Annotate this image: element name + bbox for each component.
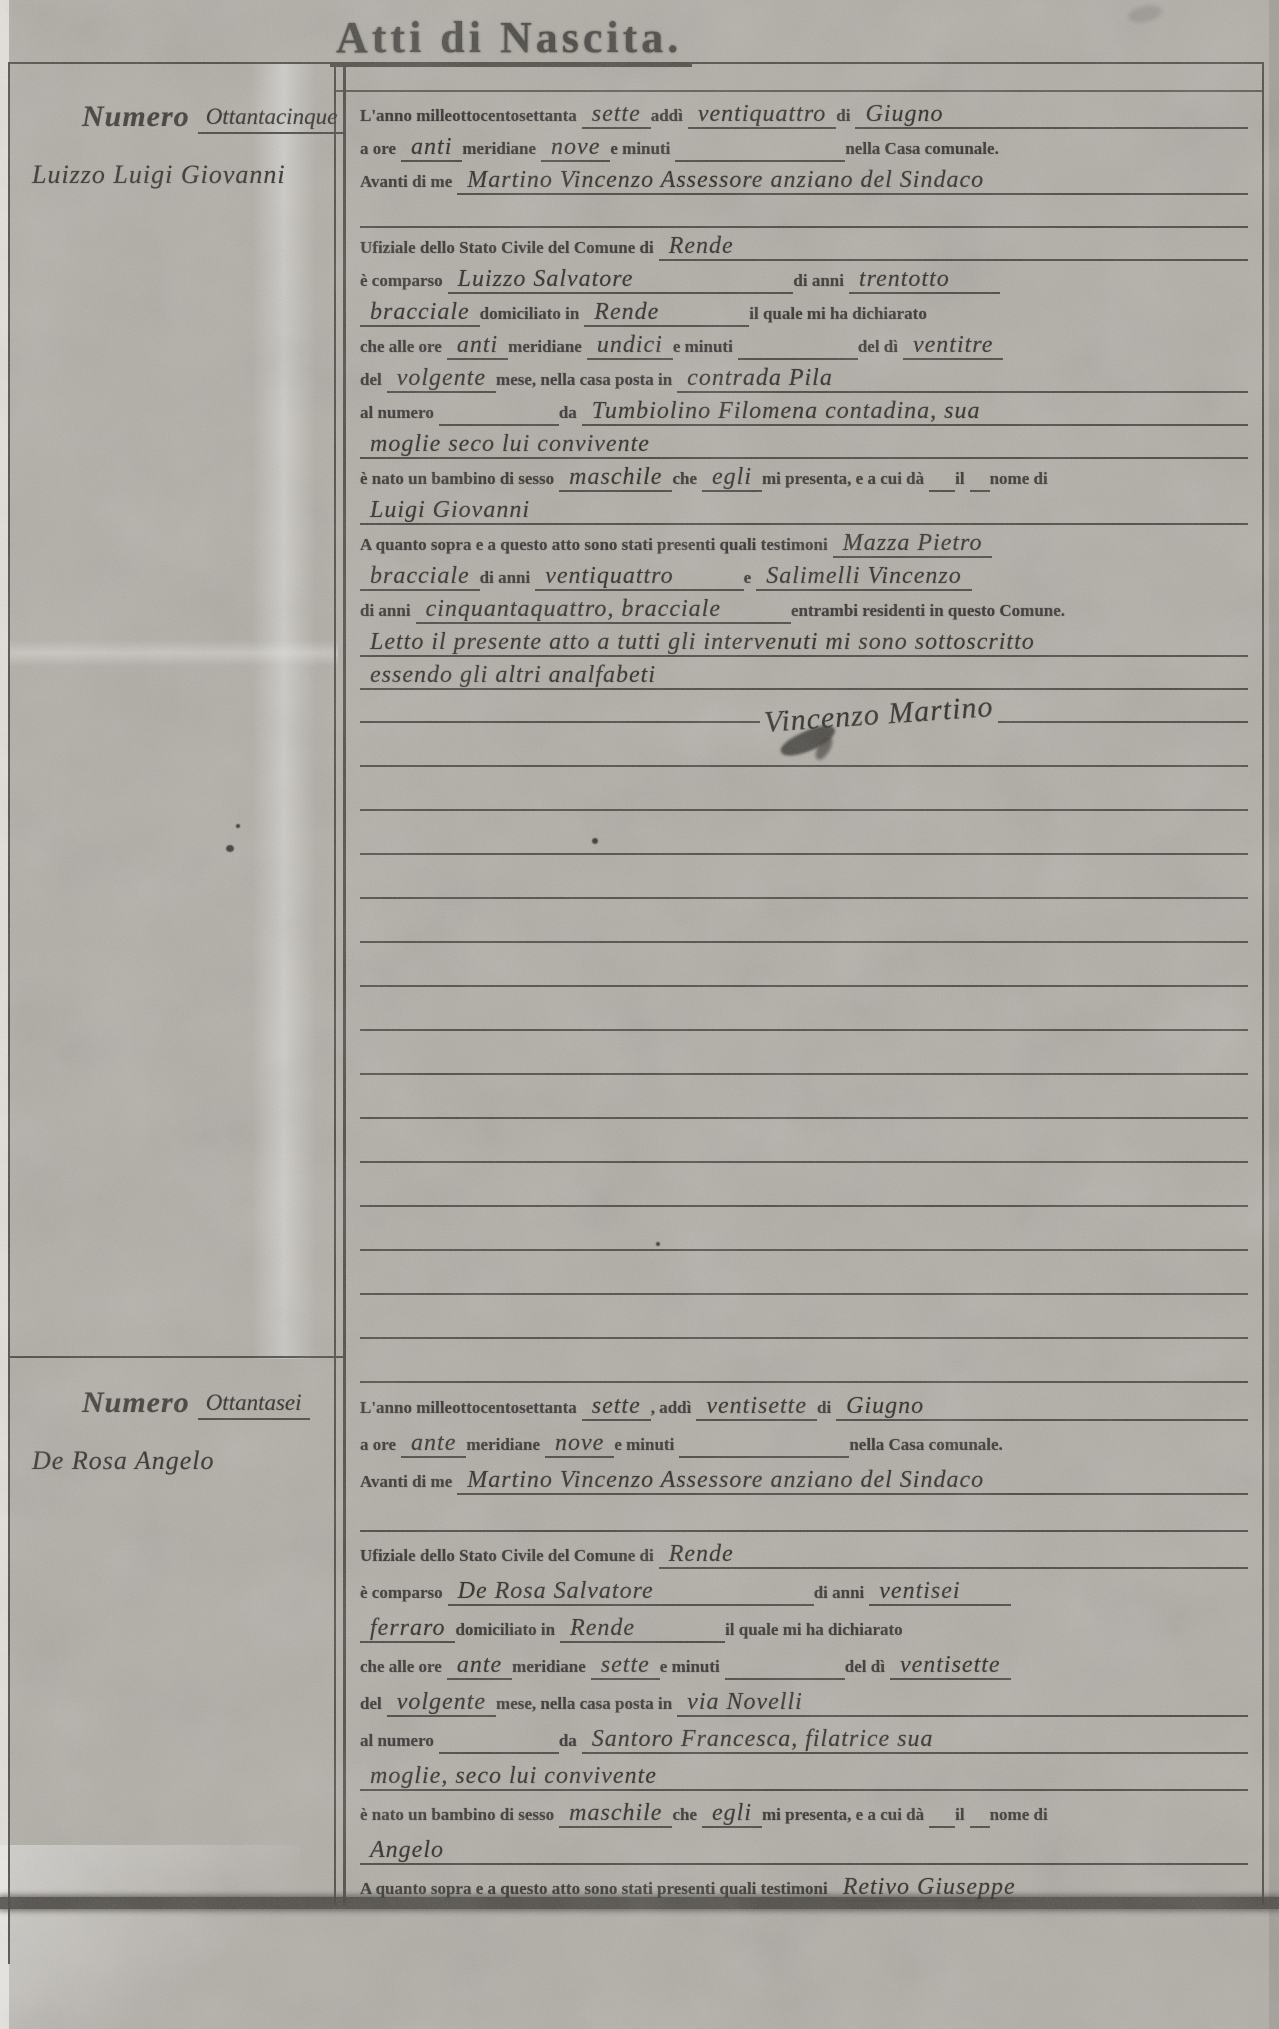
- handwritten-entry: volgente: [387, 1690, 496, 1717]
- blank-underline: [684, 558, 744, 591]
- printed-label: è comparso: [360, 271, 448, 294]
- ink-speck: [236, 824, 240, 828]
- handwritten-entry: essendo gli altri analfabeti: [360, 663, 666, 690]
- printed-label: e minuti: [660, 1657, 725, 1680]
- handwritten-entry: ventiquattro: [688, 102, 836, 129]
- record-2-margin-name: De Rosa Angelo: [10, 1446, 336, 1476]
- printed-label: mi presenta, e a cui dà: [762, 469, 929, 492]
- blank-underline: [970, 459, 990, 492]
- handwritten-entry: maschile: [559, 1801, 672, 1828]
- record-1-margin: Numero Ottantacinque Luizzo Luigi Giovan…: [10, 100, 336, 190]
- numero-value-handwritten: Ottantacinque: [198, 104, 346, 134]
- handwritten-entry: sette: [582, 102, 651, 129]
- handwritten-entry: ante: [401, 1431, 466, 1458]
- margin-divider-rule-1: [334, 62, 336, 1905]
- record-1-line-17: Letto il presente atto a tutti gli inter…: [360, 624, 1248, 657]
- blank-underline: [669, 294, 749, 327]
- record-2-line-8: che alle oreantemeridianesettee minutide…: [360, 1643, 1248, 1680]
- frame-left-rule: [8, 62, 10, 1964]
- handwritten-entry: nove: [541, 135, 610, 162]
- printed-label: di anni: [360, 601, 416, 624]
- handwritten-entry: nove: [545, 1431, 614, 1458]
- ink-speck: [592, 838, 598, 844]
- scanned-birth-register-page: Atti di Nascita. Numero Ottantacinque Lu…: [0, 0, 1279, 2029]
- printed-label: A quanto sopra e a questo atto sono stat…: [360, 535, 833, 558]
- blank-ruled-line: [360, 1075, 1248, 1119]
- record-2-line-9: delvolgentemese, nella casa posta invia …: [360, 1680, 1248, 1717]
- printed-label: che: [672, 469, 702, 492]
- record-2-line-5: Ufiziale dello Stato Civile del Comune d…: [360, 1532, 1248, 1569]
- printed-label: è nato un bambino di sesso: [360, 469, 559, 492]
- printed-label: Ufiziale dello Stato Civile del Comune d…: [360, 1546, 659, 1569]
- printed-label: meridiane: [462, 139, 541, 162]
- handwritten-entry: anti: [401, 135, 462, 162]
- blank-underline: [664, 1569, 814, 1606]
- printed-label: il quale mi ha dichiarato: [725, 1620, 908, 1643]
- handwritten-entry: maschile: [559, 465, 672, 492]
- record-1-line-3: Avanti di meMartino Vincenzo Assessore a…: [360, 162, 1248, 195]
- handwritten-entry: Tumbiolino Filomena contadina, sua: [582, 399, 991, 426]
- printed-label: , addì: [651, 1398, 697, 1421]
- blank-underline: [744, 228, 1248, 261]
- blank-underline: [667, 1754, 1248, 1791]
- printed-label: e minuti: [610, 139, 675, 162]
- printed-label: Avanti di me: [360, 1472, 457, 1495]
- handwritten-entry: Rende: [659, 1542, 744, 1569]
- handwritten-entry: undici: [587, 333, 673, 360]
- printed-label: che: [672, 1805, 702, 1828]
- handwritten-entry: egli: [702, 465, 762, 492]
- frame-top-rule: [8, 62, 1264, 64]
- printed-label: nome di: [990, 469, 1053, 492]
- handwritten-entry: Mazza Pietro: [833, 531, 993, 558]
- blank-underline: [731, 591, 791, 624]
- blank-underline: [675, 129, 845, 162]
- printed-label: addì: [651, 106, 688, 129]
- printed-label: domiciliato in: [455, 1620, 560, 1643]
- printed-label: L'anno milleottocentosettanta: [360, 106, 582, 129]
- handwritten-entry: Letto il presente atto a tutti gli inter…: [360, 630, 1045, 657]
- blank-ruled-line: [360, 987, 1248, 1031]
- record-1-line-16: di annicinquantaquattro, braccialeentram…: [360, 591, 1248, 624]
- blank-underline: [454, 1828, 1248, 1865]
- record-2-line-10: al numerodaSantoro Francesca, filatrice …: [360, 1717, 1248, 1754]
- numero-label: Numero: [82, 100, 190, 134]
- printed-label: è comparso: [360, 1583, 448, 1606]
- printed-label: L'anno milleottocentosettanta: [360, 1398, 582, 1421]
- handwritten-entry: Martino Vincenzo Assessore anziano del S…: [457, 168, 994, 195]
- blank-underline: [360, 1495, 1248, 1532]
- printed-label: di anni: [814, 1583, 870, 1606]
- printed-label: domiciliato in: [480, 304, 585, 327]
- handwritten-entry: Rende: [560, 1616, 645, 1643]
- handwritten-entry: ventitre: [903, 333, 1003, 360]
- printed-label: di anni: [793, 271, 849, 294]
- printed-label: il: [955, 1805, 969, 1828]
- record-2-line-13: Angelo: [360, 1828, 1248, 1865]
- handwritten-entry: ferraro: [360, 1616, 455, 1643]
- printed-label: mese, nella casa posta in: [496, 370, 677, 393]
- printed-label: del dì: [858, 337, 903, 360]
- printed-label: Avanti di me: [360, 172, 457, 195]
- handwritten-entry: Salimelli Vincenzo: [756, 564, 972, 591]
- handwritten-entry: bracciale: [360, 564, 480, 591]
- frame-right-rule: [1262, 62, 1264, 1905]
- printed-label: è nato un bambino di sesso: [360, 1805, 559, 1828]
- printed-label: al numero: [360, 1731, 439, 1754]
- handwritten-entry: ventiquattro: [535, 564, 683, 591]
- handwritten-entry: via Novelli: [677, 1690, 813, 1717]
- blank-underline: [540, 492, 1248, 525]
- printed-label: e minuti: [673, 337, 738, 360]
- paper-crease-vertical: [252, 64, 316, 1359]
- handwritten-entry: Luigi Giovanni: [360, 498, 540, 525]
- handwritten-entry: Rende: [659, 234, 744, 261]
- blank-underline: [679, 1421, 849, 1458]
- blank-underline: [360, 195, 1248, 228]
- ink-speck: [656, 1242, 660, 1246]
- blank-underline: [929, 459, 955, 492]
- paper-light-patch: [0, 1845, 300, 2029]
- page-title: Atti di Nascita.: [330, 12, 692, 67]
- printed-label: da: [559, 1731, 582, 1754]
- record-2-line-4: [360, 1495, 1248, 1532]
- handwritten-entry: bracciale: [360, 300, 480, 327]
- paper-crease-horizontal: [8, 640, 338, 666]
- handwritten-entry: sette: [582, 1394, 651, 1421]
- record-1-line-19: Vincenzo Martino: [360, 690, 1248, 723]
- handwritten-entry: ventisette: [696, 1394, 817, 1421]
- blank-underline: [643, 261, 793, 294]
- handwritten-entry: moglie seco lui convivente: [360, 432, 660, 459]
- printed-label: a ore: [360, 139, 401, 162]
- blank-underline: [360, 690, 760, 723]
- blank-ruled-line: [360, 1163, 1248, 1207]
- printed-label: Ufiziale dello Stato Civile del Comune d…: [360, 238, 659, 261]
- printed-label: meridiane: [466, 1435, 545, 1458]
- printed-label: di: [817, 1398, 836, 1421]
- printed-label: mi presenta, e a cui dà: [762, 1805, 929, 1828]
- handwritten-entry: cinquantaquattro, bracciale: [416, 597, 731, 624]
- blank-underline: [666, 657, 1248, 690]
- blank-ruled-line: [360, 855, 1248, 899]
- blank-underline: [660, 426, 1248, 459]
- printed-label: nella Casa comunale.: [849, 1435, 1007, 1458]
- handwritten-entry: egli: [702, 1801, 762, 1828]
- printed-label: il: [955, 469, 969, 492]
- handwritten-entry: ventisei: [869, 1579, 970, 1606]
- record-1-line-5: Ufiziale dello Stato Civile del Comune d…: [360, 228, 1248, 261]
- blank-underline: [744, 1532, 1248, 1569]
- record-1-numero-row: Numero Ottantacinque: [10, 100, 336, 134]
- record-1-line-15: braccialedi anniventiquattroeSalimelli V…: [360, 558, 1248, 591]
- blank-underline: [1045, 624, 1248, 657]
- printed-label: meridiane: [512, 1657, 591, 1680]
- handwritten-entry: Luizzo Salvatore: [448, 267, 644, 294]
- blank-ruled-line: [360, 1119, 1248, 1163]
- printed-label: e: [744, 568, 757, 591]
- blank-underline: [994, 1458, 1248, 1495]
- printed-label: del: [360, 1694, 387, 1717]
- printed-label: da: [559, 403, 582, 426]
- printed-label: entrambi residenti in questo Comune.: [791, 601, 1070, 624]
- record-2-line-2: a oreantemeridianenovee minutinella Casa…: [360, 1421, 1248, 1458]
- numero-value-handwritten: Ottantasei: [198, 1390, 310, 1420]
- record-2-line-7: ferrarodomiciliato inRendeil quale mi ha…: [360, 1606, 1248, 1643]
- handwritten-entry: volgente: [387, 366, 496, 393]
- record-2-line-1: L'anno milleottocentosettantasette, addì…: [360, 1384, 1248, 1421]
- blank-underline: [970, 1791, 990, 1828]
- record-1-line-14: A quanto sopra e a questo atto sono stat…: [360, 525, 1248, 558]
- blank-underline: [725, 1643, 845, 1680]
- handwritten-entry: Martino Vincenzo Assessore anziano del S…: [457, 1468, 994, 1495]
- record-2-line-3: Avanti di meMartino Vincenzo Assessore a…: [360, 1458, 1248, 1495]
- handwritten-entry: contrada Pila: [677, 366, 843, 393]
- blank-underline: [971, 1569, 1011, 1606]
- printed-label: nome di: [990, 1805, 1053, 1828]
- handwritten-entry: sette: [591, 1653, 660, 1680]
- record-1-line-6: è comparsoLuizzo Salvatoredi annitrentot…: [360, 261, 1248, 294]
- handwritten-entry: anti: [447, 333, 508, 360]
- blank-underline: [998, 690, 1248, 723]
- record-1-line-2: a oreantimeridianenovee minutinella Casa…: [360, 129, 1248, 162]
- handwritten-entry: Santoro Francesca, filatrice sua: [582, 1727, 944, 1754]
- blank-ruled-line: [360, 767, 1248, 811]
- printed-label: al numero: [360, 403, 439, 426]
- handwritten-entry: ventisette: [890, 1653, 1011, 1680]
- ink-speck: [226, 845, 234, 852]
- handwritten-entry: moglie, seco lui convivente: [360, 1764, 667, 1791]
- printed-label: di: [836, 106, 855, 129]
- blank-underline: [813, 1680, 1248, 1717]
- record-2-line-11: moglie, seco lui convivente: [360, 1754, 1248, 1791]
- printed-label: del dì: [845, 1657, 890, 1680]
- record-1-line-18: essendo gli altri analfabeti: [360, 657, 1248, 690]
- blank-ruled-line: [360, 1295, 1248, 1339]
- margin-divider-rule-2: [343, 62, 346, 1905]
- blank-underline: [929, 1791, 955, 1828]
- record-1-line-8: che alle oreantimeridianeundicie minutid…: [360, 327, 1248, 360]
- record-1-line-10: al numerodaTumbiolino Filomena contadina…: [360, 393, 1248, 426]
- blank-underline: [843, 360, 1248, 393]
- printed-label: mese, nella casa posta in: [496, 1694, 677, 1717]
- blank-underline: [994, 162, 1248, 195]
- handwritten-entry: Giugno: [836, 1394, 934, 1421]
- blank-ruled-line: [360, 1031, 1248, 1075]
- blank-underline: [738, 327, 858, 360]
- record-1-line-11: moglie seco lui convivente: [360, 426, 1248, 459]
- printed-label: il quale mi ha dichiarato: [749, 304, 932, 327]
- handwritten-entry: Rende: [584, 300, 669, 327]
- blank-ruled-line: [360, 943, 1248, 987]
- printed-label: di anni: [480, 568, 536, 591]
- handwritten-entry: Retivo Giuseppe: [833, 1875, 1026, 1902]
- record-1-line-12: è nato un bambino di sessomaschilecheegl…: [360, 459, 1248, 492]
- printed-label: e minuti: [614, 1435, 679, 1458]
- corner-smudge: [1127, 3, 1164, 26]
- blank-underline: [439, 1717, 559, 1754]
- blank-ruled-line: [360, 1251, 1248, 1295]
- blank-underline: [934, 1384, 1248, 1421]
- margin-record-separator: [8, 1356, 346, 1358]
- blank-underline: [953, 96, 1248, 129]
- record-1-line-1: L'anno milleottocentosettantasetteaddìve…: [360, 96, 1248, 129]
- record-2-line-12: è nato un bambino di sessomaschilecheegl…: [360, 1791, 1248, 1828]
- blank-underline: [645, 1606, 725, 1643]
- frame-inner-top-rule: [335, 90, 1264, 92]
- record-2-line-6: è comparsoDe Rosa Salvatoredi anniventis…: [360, 1569, 1248, 1606]
- record-2-margin: Numero Ottantasei De Rosa Angelo: [10, 1386, 336, 1476]
- record-2-body: L'anno milleottocentosettantasette, addì…: [360, 1384, 1248, 1902]
- record-1-line-13: Luigi Giovanni: [360, 492, 1248, 525]
- printed-label: A quanto sopra e a questo atto sono stat…: [360, 1879, 833, 1902]
- printed-label: meridiane: [508, 337, 587, 360]
- record-1-line-9: delvolgentemese, nella casa posta incont…: [360, 360, 1248, 393]
- record-1-line-4: [360, 195, 1248, 228]
- scan-edge-right: [1269, 0, 1279, 2029]
- printed-label: nella Casa comunale.: [845, 139, 1003, 162]
- printed-label: del: [360, 370, 387, 393]
- record-1-margin-name: Luizzo Luigi Giovanni: [10, 160, 336, 190]
- printed-label: che alle ore: [360, 337, 447, 360]
- blank-underline: [990, 393, 1248, 426]
- printed-label: a ore: [360, 1435, 401, 1458]
- handwritten-entry: trentotto: [849, 267, 960, 294]
- handwritten-entry: ante: [447, 1653, 512, 1680]
- blank-underline: [960, 261, 1000, 294]
- record-2-numero-row: Numero Ottantasei: [10, 1386, 336, 1420]
- blank-ruled-line: [360, 1207, 1248, 1251]
- printed-label: che alle ore: [360, 1657, 447, 1680]
- handwritten-entry: Angelo: [360, 1838, 454, 1865]
- blank-ruled-line: [360, 899, 1248, 943]
- blank-underline: [439, 393, 559, 426]
- handwritten-entry: De Rosa Salvatore: [448, 1579, 664, 1606]
- handwritten-entry: Giugno: [855, 102, 953, 129]
- record-2-line-14: A quanto sopra e a questo atto sono stat…: [360, 1865, 1248, 1902]
- record-1-line-7: braccialedomiciliato inRendeil quale mi …: [360, 294, 1248, 327]
- blank-underline: [944, 1717, 1248, 1754]
- numero-label: Numero: [82, 1386, 190, 1420]
- blank-ruled-line: [360, 1339, 1248, 1383]
- blank-ruled-line: [360, 811, 1248, 855]
